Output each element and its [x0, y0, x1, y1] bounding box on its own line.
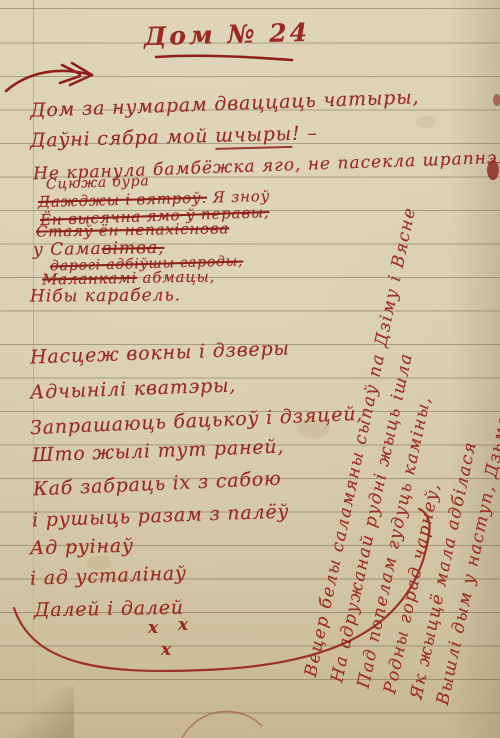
poem-line: Дом за нумарам дваццаць чатыры,	[30, 86, 420, 122]
marginal-notes: Вецер белы саламяны сыпаў па Дзіму і Вяс…	[298, 48, 500, 708]
x-mark: х	[148, 618, 158, 638]
poem-line: Адчынілі кватэры,	[30, 374, 237, 403]
torn-corner	[0, 686, 74, 738]
x-mark: х	[178, 615, 188, 635]
bottom-arc-stroke	[182, 711, 262, 738]
poem-line: Каб забраць іх з сабою	[33, 468, 282, 501]
x-mark: х	[161, 640, 171, 660]
poem-line: Насцеж вокны і дзверы	[30, 337, 290, 368]
manuscript-page: Дом № 24 Дом за нумарам дваццаць чатыры,…	[0, 0, 500, 738]
poem-line: і рушыць разам з палёў	[32, 501, 290, 532]
title-underline	[156, 56, 292, 60]
poem-line: і ад усталінаў	[30, 562, 187, 589]
page-title: Дом № 24	[144, 18, 311, 51]
arrow-right-icon	[6, 63, 92, 91]
underlined-word: шчыры	[215, 123, 293, 150]
poem-line: Запрашаюць бацькоў і дзяцей,	[30, 403, 364, 440]
poem-line: Ад руінаў	[30, 535, 134, 560]
poem-line-text: абмацы,	[137, 267, 215, 286]
poem-line: Далей і далей	[34, 597, 184, 622]
poem-line-text: Даўні сябра мой	[30, 125, 216, 152]
poem-line: Даўні сябра мой шчыры! –	[30, 122, 318, 152]
poem-line: Нібы карабель.	[30, 285, 181, 306]
poem-line: Што жылі тут раней,	[32, 436, 285, 467]
poem-line-text: ! –	[292, 122, 318, 145]
